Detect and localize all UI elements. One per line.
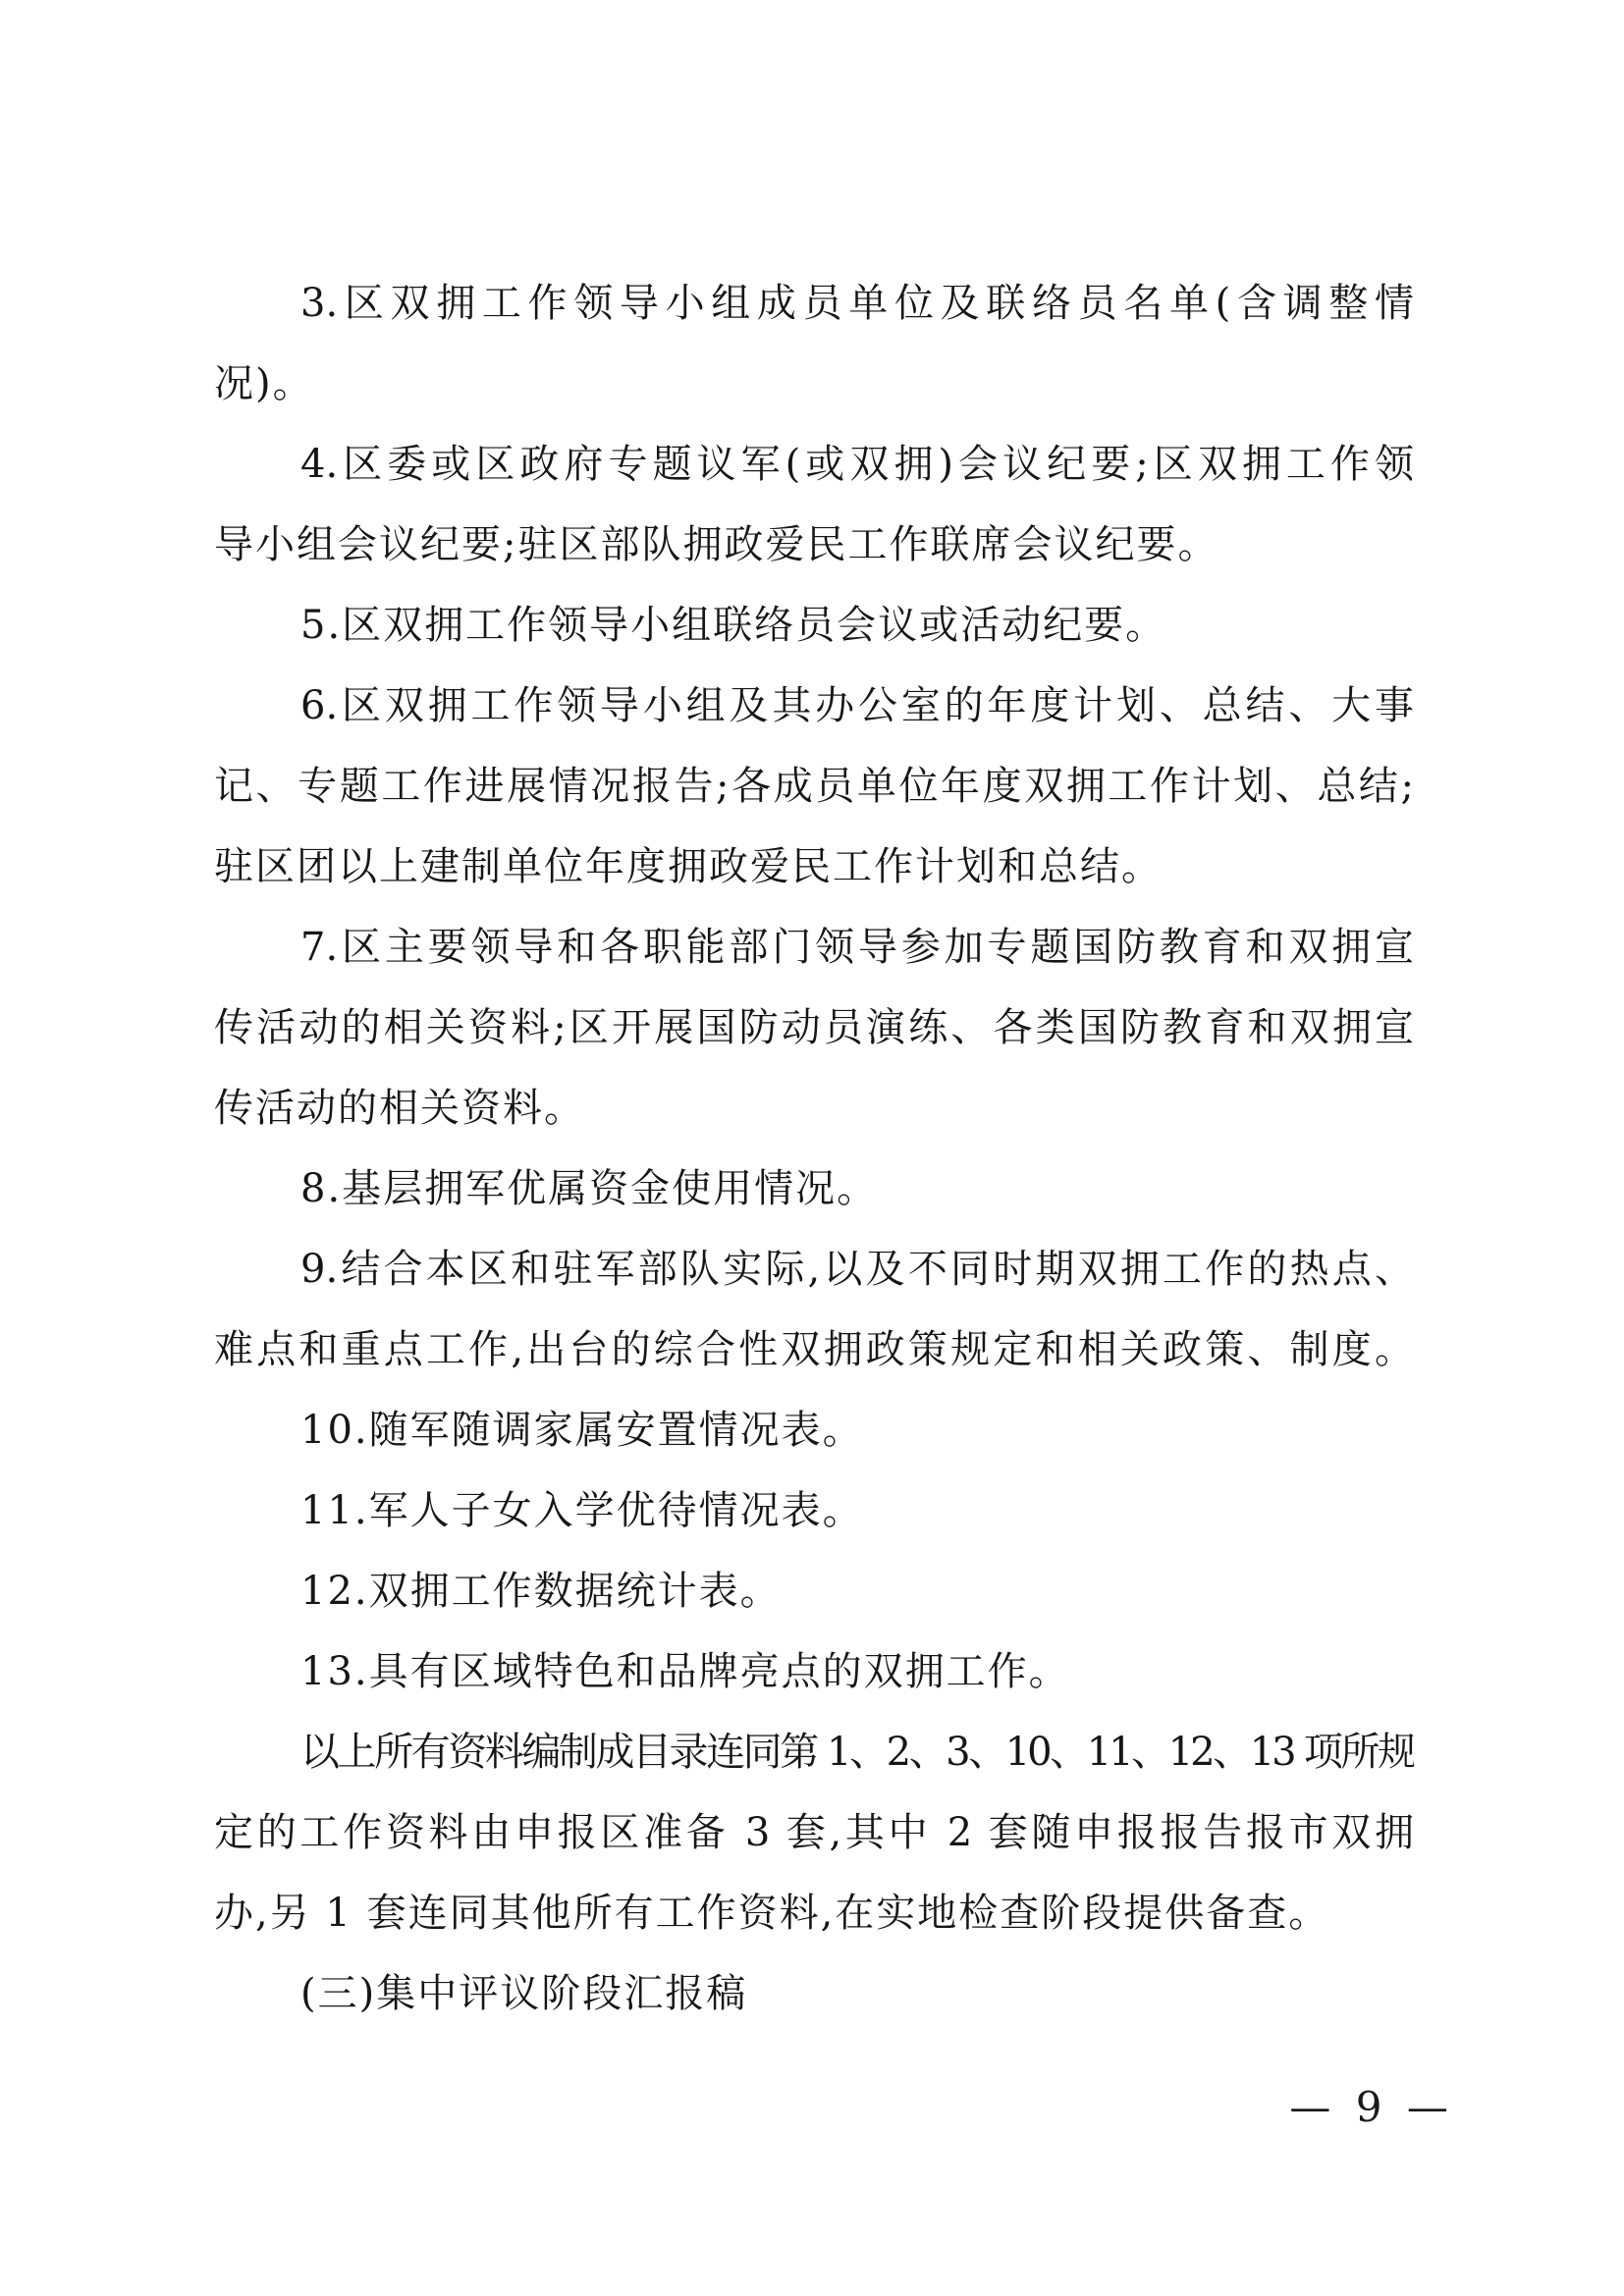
text-line: 4.区委或区政府专题议军(或双拥)会议纪要;区双拥工作领 — [214, 424, 1414, 505]
text-line: 办,另 1 套连同其他所有工作资料,在实地检查阶段提供备查。 — [214, 1873, 1414, 1953]
text-line: 6.区双拥工作领导小组及其办公室的年度计划、总结、大事 — [214, 666, 1414, 746]
text-line: 13.具有区域特色和品牌亮点的双拥工作。 — [214, 1631, 1414, 1712]
text-line: 5.区双拥工作领导小组联络员会议或活动纪要。 — [214, 585, 1414, 666]
text-line: 驻区团以上建制单位年度拥政爱民工作计划和总结。 — [214, 827, 1414, 907]
document-body: 3.区双拥工作领导小组成员单位及联络员名单(含调整情况)。4.区委或区政府专题议… — [214, 263, 1414, 2034]
text-line: 记、专题工作进展情况报告;各成员单位年度双拥工作计划、总结; — [214, 746, 1414, 827]
text-line: 10.随军随调家属安置情况表。 — [214, 1390, 1414, 1470]
document-page: 3.区双拥工作领导小组成员单位及联络员名单(含调整情况)。4.区委或区政府专题议… — [0, 0, 1624, 2296]
text-line: 11.军人子女入学优待情况表。 — [214, 1470, 1414, 1551]
text-line: 8.基层拥军优属资金使用情况。 — [214, 1148, 1414, 1229]
text-line: 7.区主要领导和各职能部门领导参加专题国防教育和双拥宣 — [214, 907, 1414, 988]
text-line: 定的工作资料由申报区准备 3 套,其中 2 套随申报报告报市双拥 — [214, 1792, 1414, 1873]
page-number-text: — 9 — — [1289, 2083, 1453, 2131]
text-line: 况)。 — [214, 344, 1414, 424]
text-line: 传活动的相关资料。 — [214, 1068, 1414, 1148]
text-line: 3.区双拥工作领导小组成员单位及联络员名单(含调整情 — [214, 263, 1414, 344]
text-line: (三)集中评议阶段汇报稿 — [214, 1953, 1414, 2034]
text-line: 传活动的相关资料;区开展国防动员演练、各类国防教育和双拥宣 — [214, 988, 1414, 1068]
text-line: 12.双拥工作数据统计表。 — [214, 1551, 1414, 1631]
text-line: 以上所有资料编制成目录连同第 1、2、3、10、11、12、13 项所规 — [214, 1712, 1414, 1792]
page-number: — 9 — — [1214, 2034, 1454, 2083]
text-line: 9.结合本区和驻军部队实际,以及不同时期双拥工作的热点、 — [214, 1229, 1414, 1309]
text-line: 导小组会议纪要;驻区部队拥政爱民工作联席会议纪要。 — [214, 505, 1414, 585]
text-line: 难点和重点工作,出台的综合性双拥政策规定和相关政策、制度。 — [214, 1309, 1414, 1390]
